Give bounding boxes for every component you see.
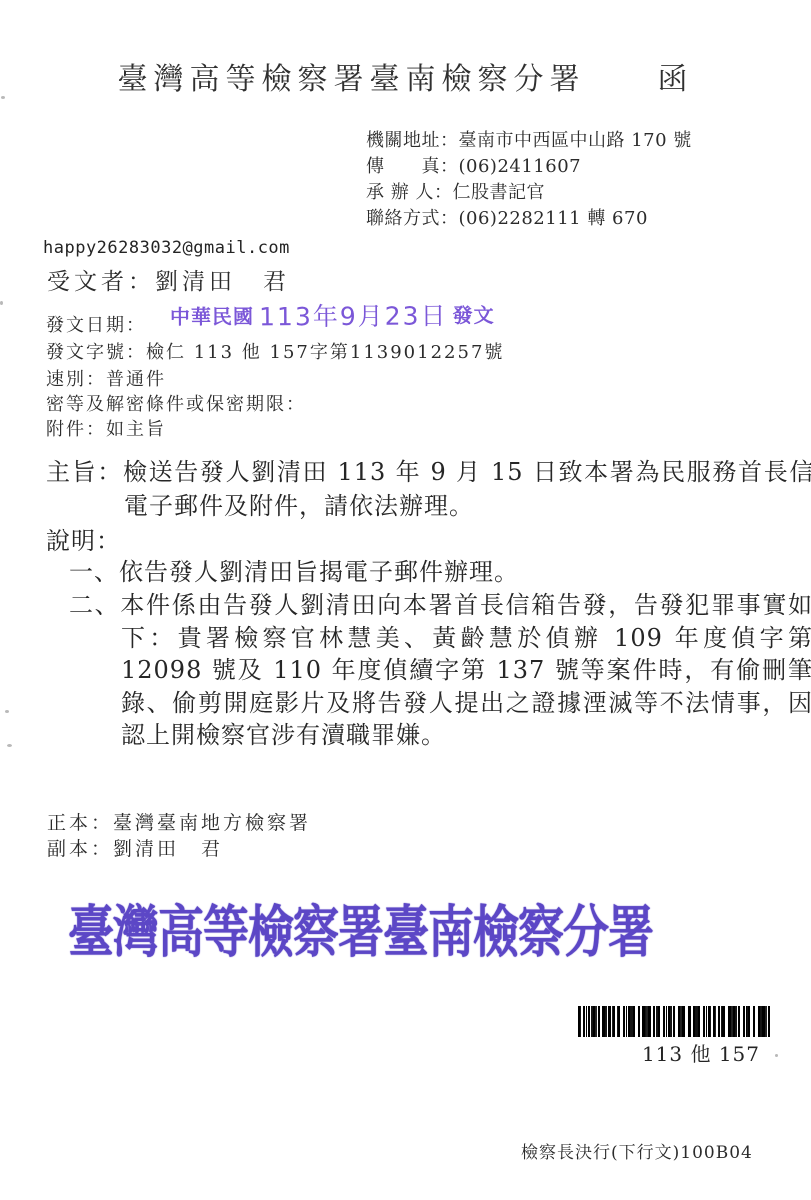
scan-artifact — [775, 1054, 778, 1057]
scan-artifact — [5, 710, 9, 713]
item-1-text: 依告發人劉清田旨揭電子郵件辦理。 — [119, 558, 519, 586]
explanation-item-1: 一、依告發人劉清田旨揭電子郵件辦理。 — [69, 556, 811, 589]
security-classification: 密等及解密條件或保密期限： — [46, 390, 306, 416]
issue-date-stamp: 中華民國 113年9月23日 發文 — [170, 296, 495, 334]
subject-text: 檢送告發人劉清田 113 年 9 月 15 日致本署為民服務首長信箱電子郵件及附… — [123, 458, 811, 520]
item-2-number: 二、 — [69, 591, 120, 619]
explanation-item-2: 二、本件係由告發人劉清田向本署首長信箱告發，告發犯罪事實如下：貴署檢察官林慧美、… — [69, 589, 811, 752]
item-1-number: 一、 — [69, 558, 119, 586]
attachment-note: 附件：如主旨 — [46, 415, 166, 441]
stamp-era-prefix: 中華民國 — [170, 304, 254, 328]
scan-artifact — [0, 301, 3, 305]
stamp-issued-suffix: 發文 — [453, 303, 495, 327]
recipient-name: 受文者：劉清田 君 — [47, 263, 290, 296]
footer-approval-code: 檢察長決行(下行文)100B04 — [521, 1138, 753, 1163]
recipient-email: happy26283032@gmail.com — [43, 238, 290, 258]
contact-officer: 承 辦 人：仁股書記官 — [366, 180, 692, 206]
barcode-icon — [578, 1006, 770, 1037]
scan-artifact — [7, 744, 12, 747]
contact-phone: 聯絡方式：(06)2282111 轉 670 — [366, 206, 692, 232]
cc-copy-line: 副本：劉清田 君 — [47, 834, 223, 861]
original-copy-line: 正本：臺灣臺南地方檢察署 — [47, 808, 311, 835]
scanned-letter-page: 臺灣高等檢察署臺南檢察分署 函 機關地址：臺南市中西區中山路 170 號 傳 真… — [0, 0, 811, 1200]
contact-address: 機關地址：臺南市中西區中山路 170 號 — [366, 128, 692, 154]
contact-info-block: 機關地址：臺南市中西區中山路 170 號 傳 真：(06)2411607 承 辦… — [366, 128, 692, 232]
subject-paragraph: 主旨：檢送告發人劉清田 113 年 9 月 15 日致本署為民服務首長信箱電子郵… — [46, 455, 811, 523]
explanation-label: 說明： — [46, 524, 121, 558]
contact-fax: 傳 真：(06)2411607 — [366, 154, 692, 180]
subject-label: 主旨： — [46, 458, 123, 486]
stamp-date-value: 113年9月23日 — [259, 301, 448, 331]
issue-date-label: 發文日期： — [46, 311, 146, 337]
scan-artifact — [1, 96, 5, 99]
barcode-label: 113 他 157 — [578, 1038, 760, 1067]
delivery-speed: 速別：普通件 — [46, 365, 166, 391]
document-number: 發文字號：檢仁 113 他 157字第1139012257號 — [46, 338, 504, 364]
document-title: 臺灣高等檢察署臺南檢察分署 函 — [0, 54, 811, 98]
item-2-text: 本件係由告發人劉清田向本署首長信箱告發，告發犯罪事實如下：貴署檢察官林慧美、黃齡… — [120, 591, 811, 749]
agency-stamp: 臺灣高等檢察署臺南檢察分署 — [68, 888, 653, 969]
